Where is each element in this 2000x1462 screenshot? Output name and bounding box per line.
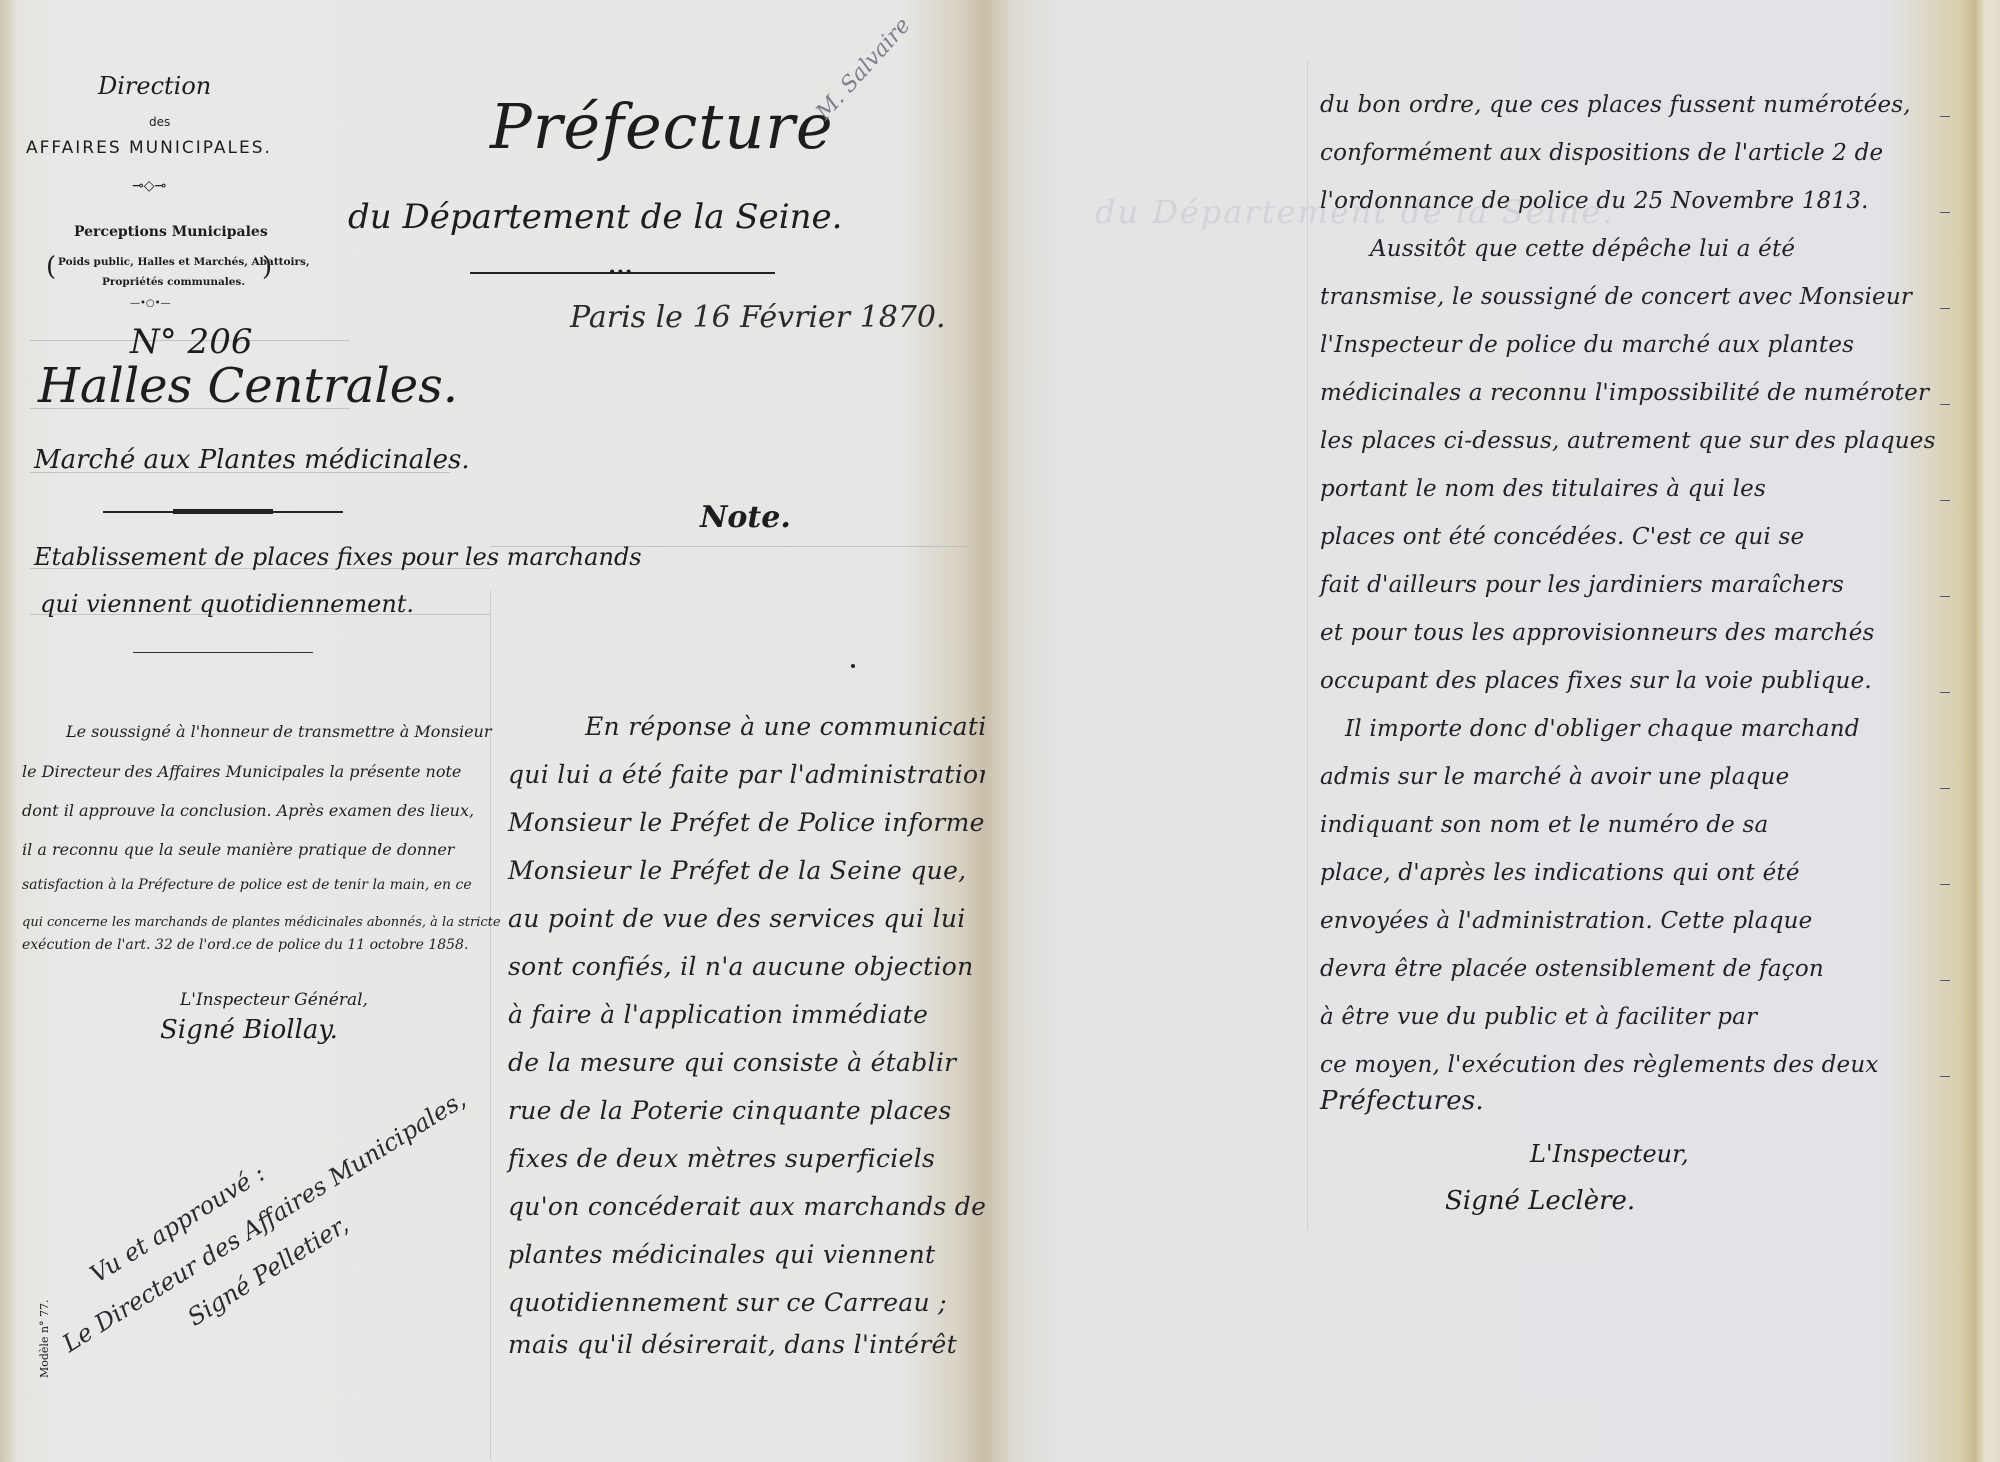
body-line: admis sur le marché à avoir une plaque (1320, 764, 1789, 790)
letterhead-departement: du Département de la Seine. (348, 197, 842, 237)
note-heading: Note. (700, 500, 791, 535)
subject-separator-2 (133, 652, 313, 653)
body-line: Monsieur le Préfet de la Seine que, (508, 856, 966, 885)
body-line: au point de vue des services qui lui (508, 904, 966, 933)
body-line: médicinales a reconnu l'impossibilité de… (1320, 380, 1929, 406)
letterhead-perceptions: Perceptions Municipales (74, 224, 268, 240)
endorsement-signature: Signé Biollay. (160, 1015, 338, 1045)
margin-tick (1940, 596, 1950, 597)
ornament-small-icon: —•○•— (130, 298, 171, 309)
body-line: plantes médicinales qui viennent (508, 1240, 935, 1269)
endorsement-line: qui concerne les marchands de plantes mé… (22, 915, 501, 930)
body-line: occupant des places fixes sur la voie pu… (1320, 668, 1872, 694)
margin-tick (1940, 980, 1950, 981)
body-line: conformément aux dispositions de l'artic… (1320, 140, 1883, 166)
margin-tick (1940, 884, 1950, 885)
letterhead-perceptions-detail-2: Propriétés communales. (102, 276, 245, 288)
endorsement-line: il a reconnu que la seule manière pratiq… (22, 840, 454, 859)
body-line: de la mesure qui consiste à établir (508, 1048, 956, 1077)
letterhead-des: des (149, 115, 170, 129)
endorsement-signatory-title: L'Inspecteur Général, (180, 990, 368, 1010)
body-line: portant le nom des titulaires à qui les (1320, 476, 1766, 502)
subject-title: Halles Centrales. (38, 358, 458, 414)
margin-tick (1940, 212, 1950, 213)
margin-tick (1940, 116, 1950, 117)
body-line: Préfectures. (1320, 1086, 1484, 1116)
margin-tick (1940, 788, 1950, 789)
body-line: l'Inspecteur de police du marché aux pla… (1320, 332, 1854, 358)
body-line: transmise, le soussigné de concert avec … (1320, 284, 1912, 310)
body-line: Aussitôt que cette dépêche lui a été (1370, 236, 1795, 262)
ornament-icon: ⊸◇⊸ (132, 178, 166, 194)
parenthesis-close: ) (262, 252, 272, 282)
endorsement-line: dont il approuve la conclusion. Après ex… (22, 801, 474, 820)
margin-tick (1940, 1076, 1950, 1077)
endorsement-line: Le soussigné à l'honneur de transmettre … (66, 722, 492, 741)
endorsement-line: satisfaction à la Préfecture de police e… (22, 877, 472, 893)
body-line: fait d'ailleurs pour les jardiniers mara… (1320, 572, 1844, 598)
body-line: l'ordonnance de police du 25 Novembre 18… (1320, 188, 1869, 214)
body-line: rue de la Poterie cinquante places (508, 1096, 952, 1125)
parenthesis-open: ( (46, 252, 56, 282)
body-line: En réponse à une communication (585, 712, 985, 741)
body-line: place, d'après les indications qui ont é… (1320, 860, 1800, 886)
body-line: devra être placée ostensiblement de faço… (1320, 956, 1824, 982)
approval-line: Le Directeur des Affaires Municipales, (53, 1079, 474, 1365)
ink-dot (851, 664, 855, 668)
body-line: à être vue du public et à faciliter par (1320, 1004, 1757, 1030)
document-number: N° 206 (130, 322, 252, 362)
body-line: places ont été concédées. C'est ce qui s… (1320, 524, 1804, 550)
body-line: fixes de deux mètres superficiels (508, 1144, 935, 1173)
body-line: sont confiés, il n'a aucune objection (508, 952, 974, 981)
subject-object-line-2: qui viennent quotidiennement. (40, 590, 414, 618)
form-model-number: Modèle n° 77. (38, 1299, 51, 1378)
body-line: Il importe donc d'obliger chaque marchan… (1345, 716, 1860, 742)
column-divider (490, 590, 491, 1460)
body-line: à faire à l'application immédiate (508, 1000, 928, 1029)
signature: Signé Leclère. (1445, 1186, 1635, 1216)
subject-market: Marché aux Plantes médicinales. (34, 445, 470, 475)
endorsement-line: exécution de l'art. 32 de l'ord.ce de po… (22, 937, 468, 953)
body-line: du bon ordre, que ces places fussent num… (1320, 92, 1911, 118)
body-line: qui lui a été faite par l'administration… (508, 760, 985, 789)
subject-separator (103, 511, 343, 513)
document-date: Paris le 16 Février 1870. (570, 300, 946, 335)
letterhead-prefecture: Préfecture (490, 90, 834, 163)
subject-object-line-1: Etablissement de places fixes pour les m… (34, 543, 642, 571)
body-line: quotidiennement sur ce Carreau ; (508, 1288, 947, 1317)
letterhead-affaires-municipales: AFFAIRES MUNICIPALES. (26, 138, 272, 158)
margin-tick (1940, 308, 1950, 309)
approval-annotation: Vu et approuvé : Le Directeur des Affair… (30, 1041, 498, 1402)
pencil-annotation: M. Salvaire (811, 13, 915, 125)
margin-tick (1940, 404, 1950, 405)
margin-tick (1940, 500, 1950, 501)
signatory-title: L'Inspecteur, (1530, 1140, 1689, 1168)
margin-tick (1940, 692, 1950, 693)
endorsement-line: le Directeur des Affaires Municipales la… (22, 762, 461, 781)
body-line: mais qu'il désirerait, dans l'intérêt (508, 1330, 957, 1359)
body-line: et pour tous les approvisionneurs des ma… (1320, 620, 1875, 646)
margin-line (1307, 60, 1308, 1230)
ornament-dots-icon: ••• (608, 265, 633, 281)
body-line: Monsieur le Préfet de Police informe (508, 808, 985, 837)
right-page: du Département de la Seine. du bon ordre… (985, 0, 2000, 1462)
body-line: indiquant son nom et le numéro de sa (1320, 812, 1768, 838)
body-line: qu'on concéderait aux marchands de (508, 1192, 985, 1221)
letterhead-direction: Direction (98, 72, 211, 100)
body-line: envoyées à l'administration. Cette plaqu… (1320, 908, 1812, 934)
body-line: ce moyen, l'exécution des règlements des… (1320, 1052, 1879, 1078)
left-page: Direction des AFFAIRES MUNICIPALES. ⊸◇⊸ … (0, 0, 985, 1462)
body-line: les places ci-dessus, autrement que sur … (1320, 428, 1936, 454)
